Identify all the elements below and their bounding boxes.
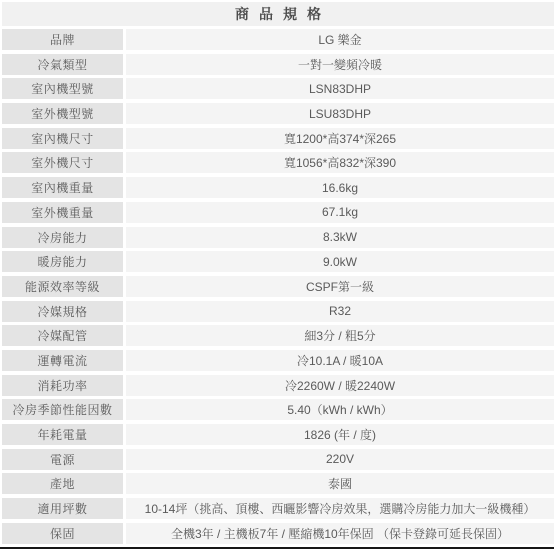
spec-value: 寬1200*高374*深265	[126, 128, 554, 149]
spec-label: 室內機尺寸	[2, 128, 123, 149]
table-row: 冷媒配管 細3分 / 粗5分	[2, 325, 554, 346]
spec-label: 冷媒配管	[2, 325, 123, 346]
spec-label: 冷氣類型	[2, 54, 123, 75]
spec-label: 室外機尺寸	[2, 152, 123, 173]
table-row: 室外機尺寸 寬1056*高832*深390	[2, 152, 554, 173]
table-row: 暖房能力 9.0kW	[2, 251, 554, 272]
spec-value: 8.3kW	[126, 227, 554, 248]
bottom-border	[0, 547, 554, 549]
spec-label: 保固	[2, 523, 123, 544]
table-row: 年耗電量 1826 (年 / 度)	[2, 424, 554, 445]
table-row: 適用坪數 10-14坪（挑高、頂樓、西曬影響冷房效果，選購冷房能力加大一級機種）	[2, 498, 554, 519]
spec-label: 運轉電流	[2, 350, 123, 371]
spec-table-rows: 品牌 LG 樂金 冷氣類型 一對一變頻冷暖 室內機型號 LSN83DHP 室外機…	[0, 29, 554, 544]
spec-label: 室外機型號	[2, 103, 123, 124]
table-row: 運轉電流 冷10.1A / 暖10A	[2, 350, 554, 371]
spec-value: 細3分 / 粗5分	[126, 325, 554, 346]
table-row: 室外機重量 67.1kg	[2, 202, 554, 223]
spec-value: 10-14坪（挑高、頂樓、西曬影響冷房效果，選購冷房能力加大一級機種）	[126, 498, 554, 519]
spec-value: 67.1kg	[126, 202, 554, 223]
table-row: 室內機重量 16.6kg	[2, 177, 554, 198]
spec-value: 冷2260W / 暖2240W	[126, 375, 554, 396]
spec-value: 9.0kW	[126, 251, 554, 272]
spec-value: R32	[126, 301, 554, 322]
spec-value: 泰國	[126, 473, 554, 494]
spec-label: 暖房能力	[2, 251, 123, 272]
table-row: 品牌 LG 樂金	[2, 29, 554, 50]
spec-value: LG 樂金	[126, 29, 554, 50]
spec-label: 室外機重量	[2, 202, 123, 223]
spec-label: 電源	[2, 449, 123, 470]
table-row: 冷房能力 8.3kW	[2, 227, 554, 248]
spec-value: 220V	[126, 449, 554, 470]
spec-value: 一對一變頻冷暖	[126, 54, 554, 75]
spec-value: 全機3年 / 主機板7年 / 壓縮機10年保固 （保卡登錄可延長保固）	[126, 523, 554, 544]
spec-label: 消耗功率	[2, 375, 123, 396]
page-title: 商品規格	[225, 4, 331, 24]
spec-value: LSN83DHP	[126, 78, 554, 99]
spec-label: 適用坪數	[2, 498, 123, 519]
spec-label: 能源效率等級	[2, 276, 123, 297]
table-row: 室外機型號 LSU83DHP	[2, 103, 554, 124]
table-row: 冷媒規格 R32	[2, 301, 554, 322]
spec-label: 產地	[2, 473, 123, 494]
spec-label: 室內機重量	[2, 177, 123, 198]
spec-label: 年耗電量	[2, 424, 123, 445]
spec-table-header: 商品規格	[2, 2, 554, 26]
spec-table: 商品規格 品牌 LG 樂金 冷氣類型 一對一變頻冷暖 室內機型號 LSN83DH…	[0, 0, 554, 549]
spec-value: LSU83DHP	[126, 103, 554, 124]
table-row: 冷氣類型 一對一變頻冷暖	[2, 54, 554, 75]
table-row: 室內機尺寸 寬1200*高374*深265	[2, 128, 554, 149]
table-row: 冷房季節性能因數 5.40（kWh / kWh）	[2, 399, 554, 420]
table-row: 消耗功率 冷2260W / 暖2240W	[2, 375, 554, 396]
spec-label: 室內機型號	[2, 78, 123, 99]
table-row: 能源效率等級 CSPF第一級	[2, 276, 554, 297]
table-row: 產地 泰國	[2, 473, 554, 494]
table-row: 電源 220V	[2, 449, 554, 470]
spec-value: 1826 (年 / 度)	[126, 424, 554, 445]
spec-value: 5.40（kWh / kWh）	[126, 399, 554, 420]
spec-label: 品牌	[2, 29, 123, 50]
spec-label: 冷房能力	[2, 227, 123, 248]
spec-value: 冷10.1A / 暖10A	[126, 350, 554, 371]
table-row: 室內機型號 LSN83DHP	[2, 78, 554, 99]
table-row: 保固 全機3年 / 主機板7年 / 壓縮機10年保固 （保卡登錄可延長保固）	[2, 523, 554, 544]
spec-value: 寬1056*高832*深390	[126, 152, 554, 173]
spec-value: 16.6kg	[126, 177, 554, 198]
spec-value: CSPF第一級	[126, 276, 554, 297]
spec-label: 冷媒規格	[2, 301, 123, 322]
spec-label: 冷房季節性能因數	[2, 399, 123, 420]
